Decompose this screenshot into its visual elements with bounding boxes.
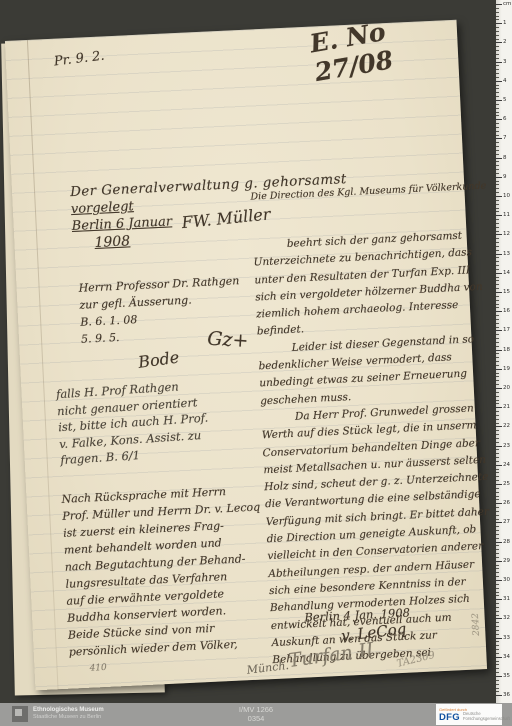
ruler-minor-tick <box>496 630 499 631</box>
ruler-minor-tick <box>496 403 499 404</box>
dfg-full-name: Deutsche Forschungsgemeinschaft <box>463 712 510 721</box>
ruler-minor-tick <box>496 169 499 170</box>
ruler-minor-tick <box>496 438 499 439</box>
ruler-label: 16 <box>503 308 510 314</box>
ruler-minor-tick <box>496 334 499 335</box>
ruler-minor-tick <box>496 307 499 308</box>
ruler-tick <box>496 196 502 197</box>
ruler-minor-tick <box>496 419 499 420</box>
ruler-minor-tick <box>496 73 499 74</box>
ruler-label: 4 <box>503 78 507 84</box>
ruler-label: 27 <box>503 519 510 525</box>
pencil-number-410: 410 <box>89 663 107 674</box>
scanned-document-view: Pr. 9. 2. E. No 27/08 Der Generalverwalt… <box>0 0 512 726</box>
ruler-minor-tick <box>496 661 499 662</box>
ruler-minor-tick <box>496 626 499 627</box>
ruler-tick <box>496 503 502 504</box>
ruler-minor-tick <box>496 346 499 347</box>
ruler-minor-tick <box>496 649 499 650</box>
ruler-minor-tick <box>496 553 499 554</box>
ruler-minor-tick <box>496 131 499 132</box>
ruler-minor-tick <box>496 135 499 136</box>
ruler-label: 25 <box>503 481 510 487</box>
ruler-minor-tick <box>496 27 499 28</box>
ruler-minor-tick <box>496 384 499 385</box>
ruler-minor-tick <box>496 442 499 443</box>
ruler-tick <box>496 561 502 562</box>
ruler-tick <box>496 62 502 63</box>
ruler-tick <box>496 446 502 447</box>
ruler-minor-tick <box>496 296 499 297</box>
ruler-minor-tick <box>496 288 499 289</box>
ruler-minor-tick <box>496 31 499 32</box>
ruler-label: 36 <box>503 692 510 698</box>
ruler-minor-tick <box>496 315 499 316</box>
ruler-minor-tick <box>496 211 499 212</box>
ruler-minor-tick <box>496 641 499 642</box>
ruler-label: 33 <box>503 635 510 641</box>
ruler-minor-tick <box>496 611 499 612</box>
ruler-tick <box>496 426 502 427</box>
ruler-minor-tick <box>496 219 499 220</box>
ruler-minor-tick <box>496 50 499 51</box>
ruler-minor-tick <box>496 104 499 105</box>
ruler-minor-tick <box>496 423 499 424</box>
ruler-label: 19 <box>503 366 510 372</box>
ruler-label: 22 <box>503 423 510 429</box>
ruler-minor-tick <box>496 242 499 243</box>
ruler-minor-tick <box>496 181 499 182</box>
ruler-minor-tick <box>496 92 499 93</box>
ruler-minor-tick <box>496 16 499 17</box>
ruler-tick <box>496 465 502 466</box>
ruler-minor-tick <box>496 150 499 151</box>
ruler-minor-tick <box>496 19 499 20</box>
footer-bar: Ethnologisches Museum Staatliche Museen … <box>0 703 512 726</box>
ruler-label: 15 <box>503 289 510 295</box>
ruler-tick <box>496 42 502 43</box>
ruler-label: 31 <box>503 596 510 602</box>
ruler-minor-tick <box>496 319 499 320</box>
ruler-minor-tick <box>496 69 499 70</box>
ruler-minor-tick <box>496 396 499 397</box>
ruler-minor-tick <box>496 238 499 239</box>
ruler-minor-tick <box>496 430 499 431</box>
ruler-tick <box>496 273 502 274</box>
fold-crease <box>27 40 59 689</box>
ruler-minor-tick <box>496 634 499 635</box>
ruler-label: 26 <box>503 500 510 506</box>
ruler-minor-tick <box>496 400 499 401</box>
ruler-label: 6 <box>503 116 507 122</box>
ruler-minor-tick <box>496 127 499 128</box>
ruler-minor-tick <box>496 557 499 558</box>
ruler-minor-tick <box>496 645 499 646</box>
ruler-minor-tick <box>496 434 499 435</box>
ruler-minor-tick <box>496 469 499 470</box>
ruler-minor-tick <box>496 250 499 251</box>
ruler-minor-tick <box>496 58 499 59</box>
ruler-tick <box>496 695 502 696</box>
ruler-minor-tick <box>496 607 499 608</box>
ruler-minor-tick <box>496 461 499 462</box>
ruler-minor-tick <box>496 449 499 450</box>
ruler-label: 34 <box>503 654 510 660</box>
ruler-tick <box>496 311 502 312</box>
ruler-minor-tick <box>496 77 499 78</box>
ruler-minor-tick <box>496 35 499 36</box>
ruler-tick <box>496 599 502 600</box>
ruler-tick <box>496 254 502 255</box>
ruler-minor-tick <box>496 96 499 97</box>
ruler-minor-tick <box>496 200 499 201</box>
ruler-minor-tick <box>496 457 499 458</box>
ruler-minor-tick <box>496 392 499 393</box>
ruler-minor-tick <box>496 595 499 596</box>
ruler-minor-tick <box>496 146 499 147</box>
ruler-minor-tick <box>496 142 499 143</box>
ruler-minor-tick <box>496 526 499 527</box>
ruler-label: 14 <box>503 270 510 276</box>
ruler-minor-tick <box>496 188 499 189</box>
ruler-minor-tick <box>496 568 499 569</box>
ruler-minor-tick <box>496 415 499 416</box>
ruler-tick <box>496 350 502 351</box>
dfg-logo: Gefördert durch DFG Deutsche Forschungsg… <box>436 704 502 725</box>
ruler-minor-tick <box>496 357 499 358</box>
ruler-minor-tick <box>496 588 499 589</box>
ruler-minor-tick <box>496 530 499 531</box>
ruler-minor-tick <box>496 668 499 669</box>
ruler-minor-tick <box>496 192 499 193</box>
letter-paragraph: Leider ist dieser Gegenstand in so beden… <box>257 330 488 410</box>
ruler-minor-tick <box>496 54 499 55</box>
ruler-minor-tick <box>496 353 499 354</box>
ruler-tick <box>496 100 502 101</box>
ruler-tick <box>496 484 502 485</box>
ruler-minor-tick <box>496 184 499 185</box>
ruler-minor-tick <box>496 480 499 481</box>
ruler-minor-tick <box>496 231 499 232</box>
ruler-minor-tick <box>496 603 499 604</box>
pencil-muench: Münch. <box>246 659 289 677</box>
ruler-label: 18 <box>503 347 510 353</box>
ruler-minor-tick <box>496 592 499 593</box>
ruler-minor-tick <box>496 342 499 343</box>
ruler-tick <box>496 177 502 178</box>
ruler-minor-tick <box>496 538 499 539</box>
ruler-label: 13 <box>503 251 510 257</box>
ruler-minor-tick <box>496 499 499 500</box>
ruler-tick <box>496 407 502 408</box>
ruler-minor-tick <box>496 545 499 546</box>
ruler-label: 30 <box>503 577 510 583</box>
paraph-mark: Gz+ <box>207 328 249 352</box>
ruler-tick <box>496 330 502 331</box>
ruler-minor-tick <box>496 472 499 473</box>
ruler-minor-tick <box>496 615 499 616</box>
ruler-label: cm <box>503 1 511 7</box>
ruler-label: 11 <box>503 212 510 218</box>
ruler-tick <box>496 119 502 120</box>
ruler-minor-tick <box>496 515 499 516</box>
ruler-label: 9 <box>503 174 507 180</box>
ruler-minor-tick <box>496 519 499 520</box>
bode-signature: Bode <box>137 347 180 371</box>
letter-page: Pr. 9. 2. E. No 27/08 Der Generalverwalt… <box>5 20 487 691</box>
ruler-label: 35 <box>503 673 510 679</box>
ruler-minor-tick <box>496 246 499 247</box>
ruler-tick <box>496 522 502 523</box>
ruler-minor-tick <box>496 664 499 665</box>
conservation-report-note: Nach Rücksprache mit Herrn Prof. Müller … <box>61 482 267 661</box>
filing-note: Pr. 9. 2. <box>53 49 105 70</box>
ruler-minor-tick <box>496 476 499 477</box>
ruler-tick <box>496 638 502 639</box>
ruler-minor-tick <box>496 165 499 166</box>
ruler-minor-tick <box>496 173 499 174</box>
ruler-label: 17 <box>503 327 510 333</box>
ruler-minor-tick <box>496 280 499 281</box>
ruler-tick <box>496 23 502 24</box>
ruler-label: 23 <box>503 443 510 449</box>
ruler-minor-tick <box>496 112 499 113</box>
ruler-minor-tick <box>496 261 499 262</box>
ruler-minor-tick <box>496 123 499 124</box>
ruler-label: 21 <box>503 404 510 410</box>
ruler-minor-tick <box>496 488 499 489</box>
ruler-label: 2 <box>503 39 507 45</box>
ruler-tick <box>496 4 502 5</box>
ruler-minor-tick <box>496 8 499 9</box>
ruler-tick <box>496 388 502 389</box>
ruler-label: 29 <box>503 558 510 564</box>
ruler-label: 24 <box>503 462 510 468</box>
ruler-tick <box>496 580 502 581</box>
dfg-acronym: DFG <box>439 712 460 723</box>
ruler-tick <box>496 618 502 619</box>
ruler-minor-tick <box>496 39 499 40</box>
ruler-minor-tick <box>496 680 499 681</box>
ruler-tick <box>496 292 502 293</box>
ruler-minor-tick <box>496 507 499 508</box>
ruler: cm12345678910111213141516171819202122232… <box>496 0 512 703</box>
ruler-tick <box>496 138 502 139</box>
ruler-tick <box>496 215 502 216</box>
ruler-minor-tick <box>496 108 499 109</box>
ruler-minor-tick <box>496 46 499 47</box>
ruler-minor-tick <box>496 411 499 412</box>
ruler-minor-tick <box>496 227 499 228</box>
ruler-minor-tick <box>496 161 499 162</box>
ruler-minor-tick <box>496 373 499 374</box>
ruler-minor-tick <box>496 684 499 685</box>
ruler-minor-tick <box>496 327 499 328</box>
ruler-label: 28 <box>503 539 510 545</box>
ruler-minor-tick <box>496 85 499 86</box>
ruler-minor-tick <box>496 653 499 654</box>
ruler-minor-tick <box>496 691 499 692</box>
ruler-label: 20 <box>503 385 510 391</box>
ruler-minor-tick <box>496 453 499 454</box>
ruler-tick <box>496 657 502 658</box>
ruler-minor-tick <box>496 88 499 89</box>
ruler-minor-tick <box>496 323 499 324</box>
ruler-minor-tick <box>496 265 499 266</box>
ruler-minor-tick <box>496 622 499 623</box>
ruler-minor-tick <box>496 12 499 13</box>
ruler-minor-tick <box>496 380 499 381</box>
ruler-tick <box>496 369 502 370</box>
ruler-label: 7 <box>503 135 507 141</box>
ruler-tick <box>496 234 502 235</box>
ruler-minor-tick <box>496 257 499 258</box>
ruler-minor-tick <box>496 300 499 301</box>
ruler-label: 8 <box>503 155 507 161</box>
ruler-minor-tick <box>496 115 499 116</box>
ruler-minor-tick <box>496 511 499 512</box>
ruler-minor-tick <box>496 284 499 285</box>
ruler-minor-tick <box>496 688 499 689</box>
ruler-minor-tick <box>496 304 499 305</box>
ruler-label: 10 <box>503 193 510 199</box>
ruler-label: 1 <box>503 20 507 26</box>
ruler-tick <box>496 676 502 677</box>
ruler-minor-tick <box>496 576 499 577</box>
ruler-minor-tick <box>496 223 499 224</box>
ruler-minor-tick <box>496 565 499 566</box>
ruler-minor-tick <box>496 154 499 155</box>
ruler-minor-tick <box>496 204 499 205</box>
ruler-minor-tick <box>496 584 499 585</box>
ruler-minor-tick <box>496 492 499 493</box>
letter-body: beehrt sich der ganz gehorsamst Unterzei… <box>252 227 500 670</box>
ruler-minor-tick <box>496 269 499 270</box>
ruler-minor-tick <box>496 496 499 497</box>
letter-paragraph: beehrt sich der ganz gehorsamst Unterzei… <box>252 227 485 341</box>
ruler-minor-tick <box>496 572 499 573</box>
ruler-minor-tick <box>496 361 499 362</box>
ruler-minor-tick <box>496 277 499 278</box>
ruler-minor-tick <box>496 208 499 209</box>
ruler-tick <box>496 158 502 159</box>
ruler-minor-tick <box>496 365 499 366</box>
ruler-label: 32 <box>503 615 510 621</box>
ruler-minor-tick <box>496 549 499 550</box>
falke-note: falls H. Prof Rathgen nicht genauer orie… <box>56 377 211 469</box>
ruler-minor-tick <box>496 534 499 535</box>
pencil-side-number: 2842 <box>471 613 482 636</box>
ruler-tick <box>496 81 502 82</box>
registry-number: E. No 27/08 <box>308 5 462 87</box>
ruler-minor-tick <box>496 376 499 377</box>
ruler-label: 12 <box>503 231 510 237</box>
ruler-label: 5 <box>503 97 507 103</box>
ruler-tick <box>496 542 502 543</box>
ruler-minor-tick <box>496 672 499 673</box>
ruler-label: 3 <box>503 59 507 65</box>
ruler-minor-tick <box>496 65 499 66</box>
ruler-minor-tick <box>496 338 499 339</box>
